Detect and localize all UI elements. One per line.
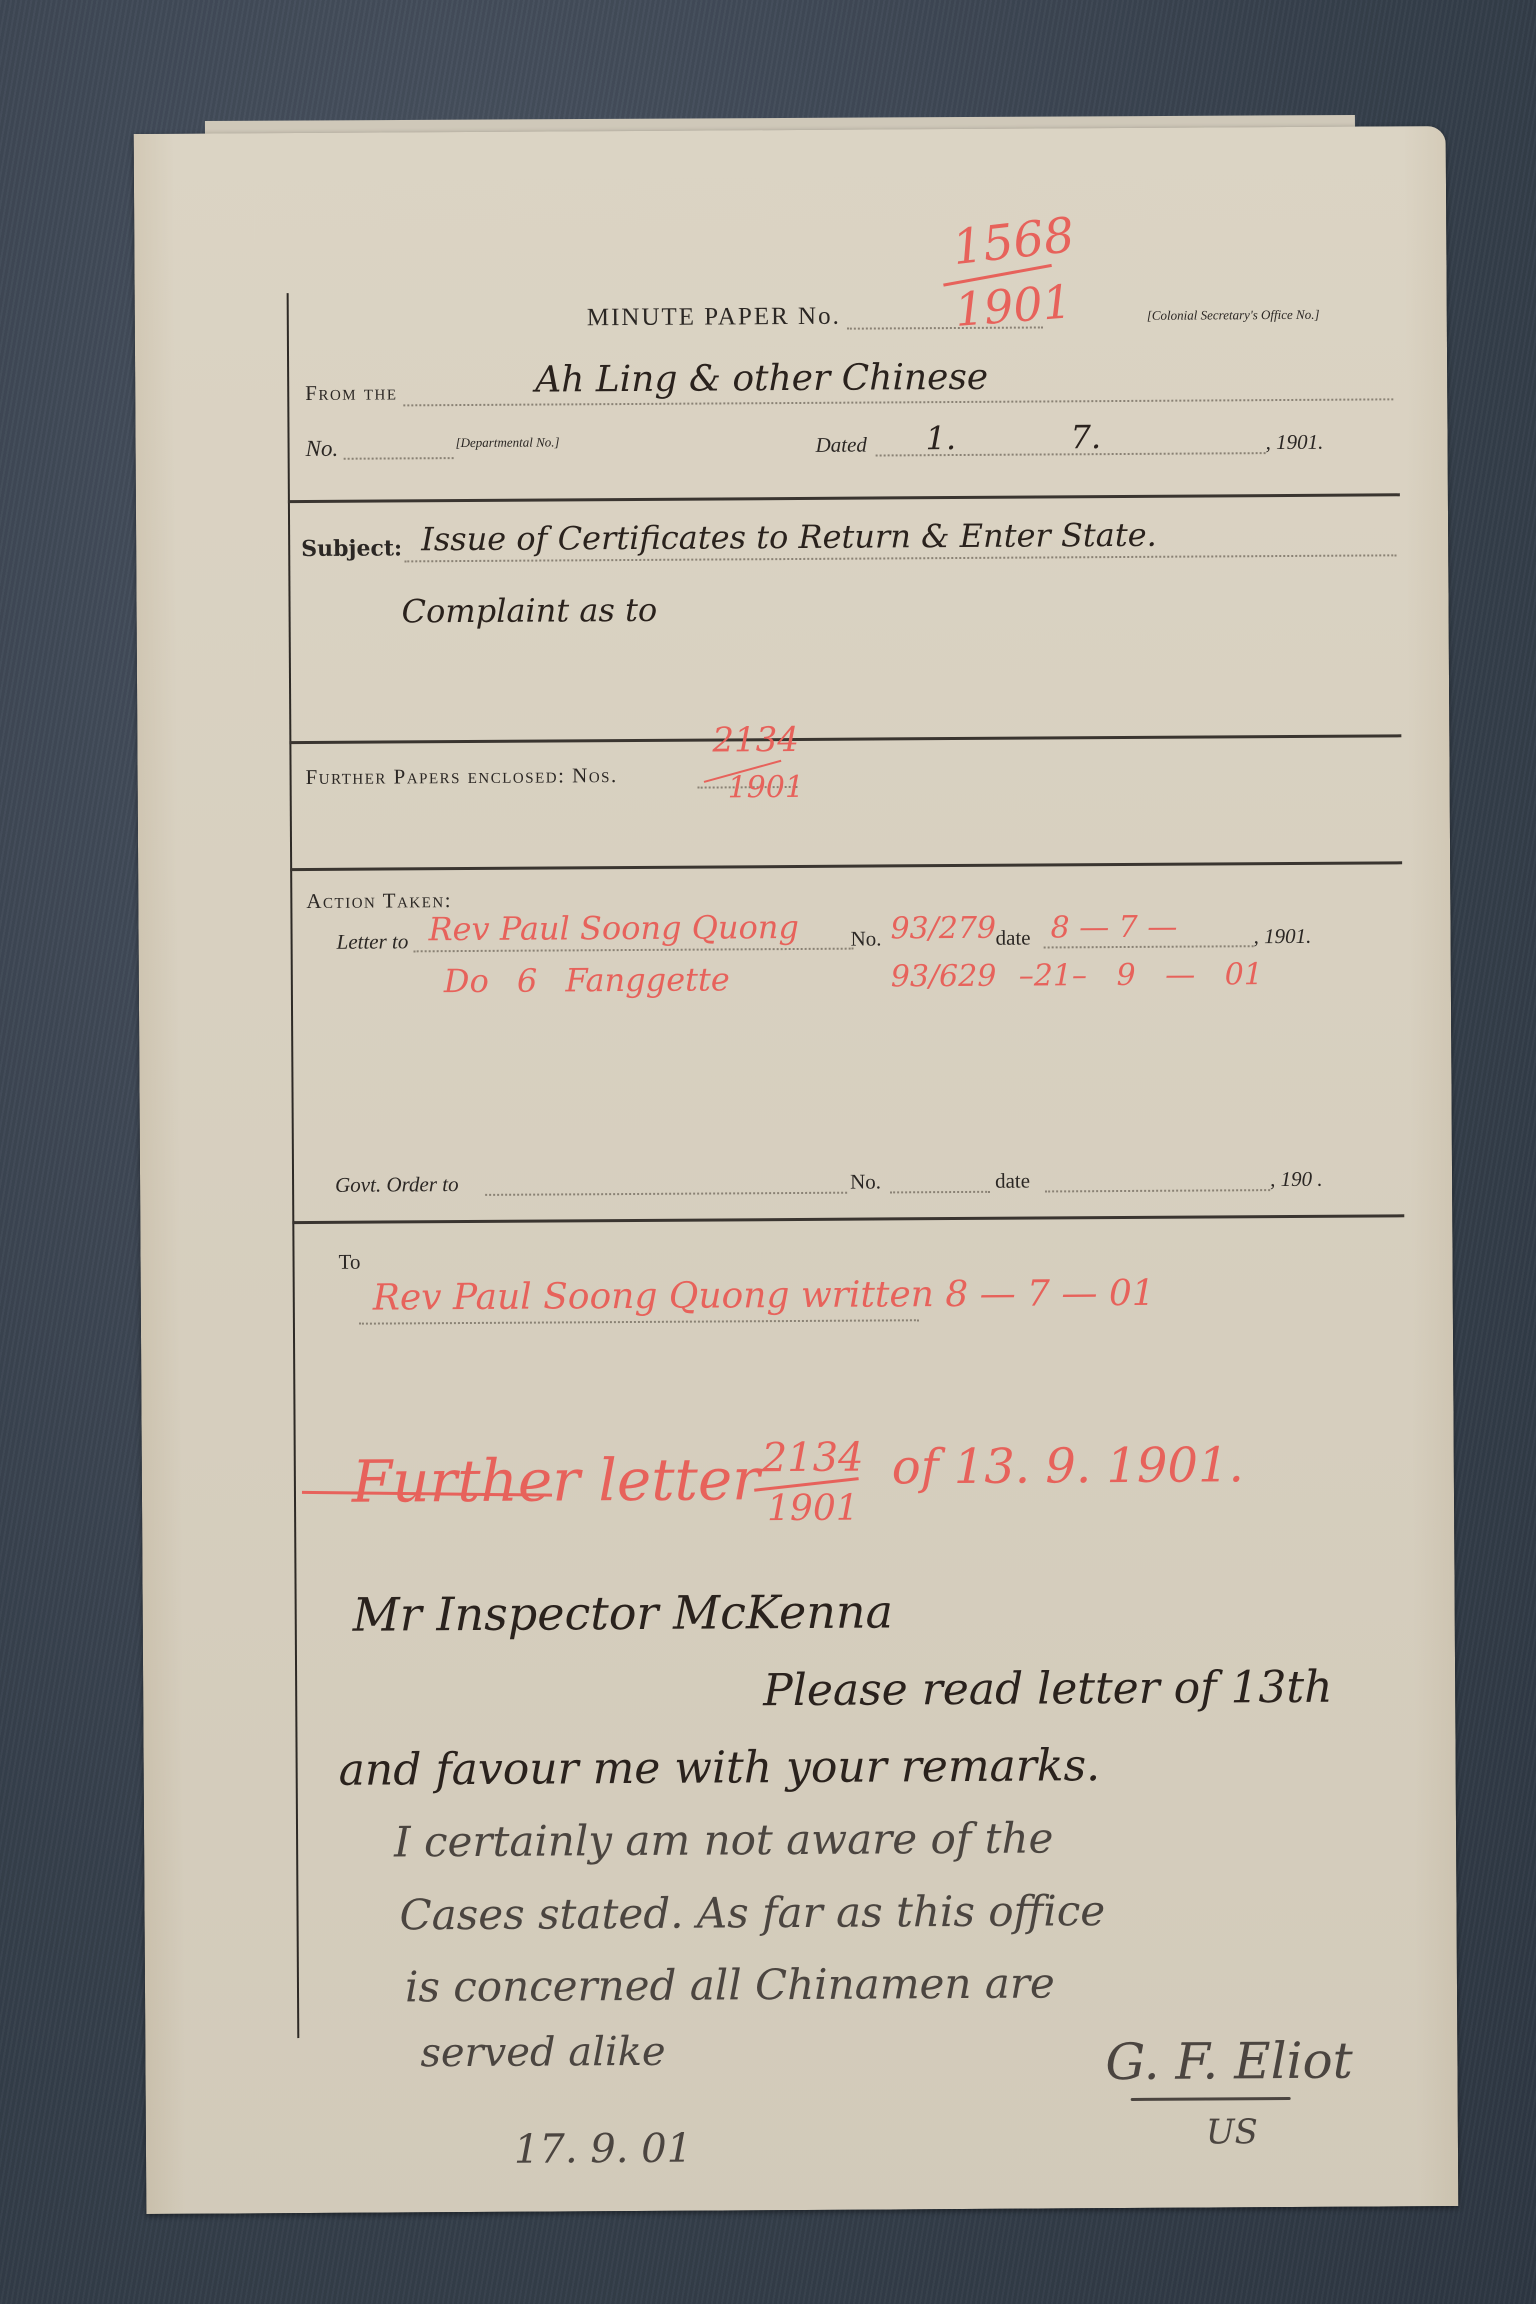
letter-to-dotted-line bbox=[414, 948, 854, 953]
further-papers-label: Further Papers enclosed: Nos. bbox=[306, 763, 618, 790]
subject-label: Subject: bbox=[301, 535, 402, 562]
action-1-no: 93/279 bbox=[890, 911, 996, 947]
action-1-date-label: date bbox=[996, 926, 1031, 951]
signature: G. F. Eliot bbox=[1105, 2032, 1353, 2092]
dated-month: 7. bbox=[1070, 418, 1101, 456]
dated-label: Dated bbox=[815, 433, 866, 458]
signature-title: US bbox=[1206, 2112, 1258, 2152]
govt-no-dotted-line bbox=[890, 1191, 990, 1194]
further-letter-text: Further letter bbox=[352, 1445, 760, 1515]
minute-date: 17. 9. 01 bbox=[514, 2126, 692, 2173]
minute-year: 1901 bbox=[953, 274, 1074, 337]
action-2-no: 93/629 bbox=[891, 959, 997, 995]
from-value: Ah Ling & other Chinese bbox=[535, 357, 988, 401]
subject-line-2: Complaint as to bbox=[401, 591, 657, 631]
minute-line-5: is concerned all Chinamen are bbox=[405, 1958, 1055, 2011]
dated-day: 1. bbox=[925, 419, 956, 457]
minute-line-4: Cases stated. As far as this office bbox=[399, 1886, 1105, 1939]
rule-after-subject bbox=[289, 734, 1401, 744]
action-2-date: –21– 9 — 01 bbox=[1019, 957, 1263, 993]
govt-no-label: No. bbox=[850, 1169, 881, 1194]
minute-line-3: I certainly am not aware of the bbox=[394, 1813, 1054, 1866]
govt-date-label: date bbox=[995, 1169, 1030, 1194]
signature-underline bbox=[1131, 2097, 1291, 2101]
rule-after-further-papers bbox=[290, 861, 1402, 871]
action-1-to: Rev Paul Soong Quong bbox=[428, 908, 799, 948]
from-label: From the bbox=[305, 380, 397, 406]
to-value: Rev Paul Soong Quong written 8 — 7 — 01 bbox=[373, 1273, 1155, 1319]
office-no-label: [Colonial Secretary's Office No.] bbox=[1147, 307, 1320, 324]
minute-line-6: served alike bbox=[420, 2029, 666, 2076]
action-date-dotted-line bbox=[1044, 945, 1254, 948]
to-dotted-line bbox=[359, 1319, 919, 1324]
departmental-no-label: [Departmental No.] bbox=[456, 434, 560, 451]
minute-number: 1568 bbox=[950, 207, 1078, 276]
govt-order-label: Govt. Order to bbox=[335, 1172, 459, 1198]
dated-year: , 1901. bbox=[1265, 430, 1323, 455]
further-papers-number: 2134 bbox=[712, 720, 799, 761]
form-title: MINUTE PAPER No. bbox=[587, 303, 841, 333]
rule-after-header bbox=[288, 493, 1400, 503]
minute-line-2: and favour me with your remarks. bbox=[339, 1740, 1101, 1796]
minute-paper-document: MINUTE PAPER No. [Colonial Secretary's O… bbox=[134, 126, 1459, 2214]
govt-date-dotted-line bbox=[1045, 1189, 1270, 1192]
further-letter-ref-year: 1901 bbox=[767, 1488, 859, 1530]
minute-addressee: Mr Inspector McKenna bbox=[353, 1584, 894, 1641]
govt-year: , 190 . bbox=[1270, 1167, 1323, 1192]
rule-after-action-taken bbox=[292, 1214, 1404, 1224]
action-1-year: , 1901. bbox=[1254, 924, 1312, 949]
no-dotted-line bbox=[344, 457, 454, 460]
subject-line-1: Issue of Certificates to Return & Enter … bbox=[421, 516, 1157, 558]
further-letter-date: of 13. 9. 1901. bbox=[892, 1437, 1244, 1495]
further-papers-year: 1901 bbox=[728, 770, 805, 805]
action-1-date: 8 — 7 — bbox=[1050, 910, 1177, 946]
further-letter-ref-number: 2134 bbox=[762, 1435, 864, 1482]
to-label: To bbox=[338, 1250, 360, 1275]
no-label: No. bbox=[306, 436, 339, 462]
action-2-to: Do 6 Fanggette bbox=[444, 960, 730, 1000]
action-1-no-label: No. bbox=[851, 926, 882, 951]
minute-line-1: Please read letter of 13th bbox=[763, 1662, 1333, 1716]
left-margin-rule bbox=[287, 293, 300, 2038]
govt-order-dotted-line bbox=[485, 1192, 847, 1196]
letter-to-label: Letter to bbox=[337, 929, 409, 954]
